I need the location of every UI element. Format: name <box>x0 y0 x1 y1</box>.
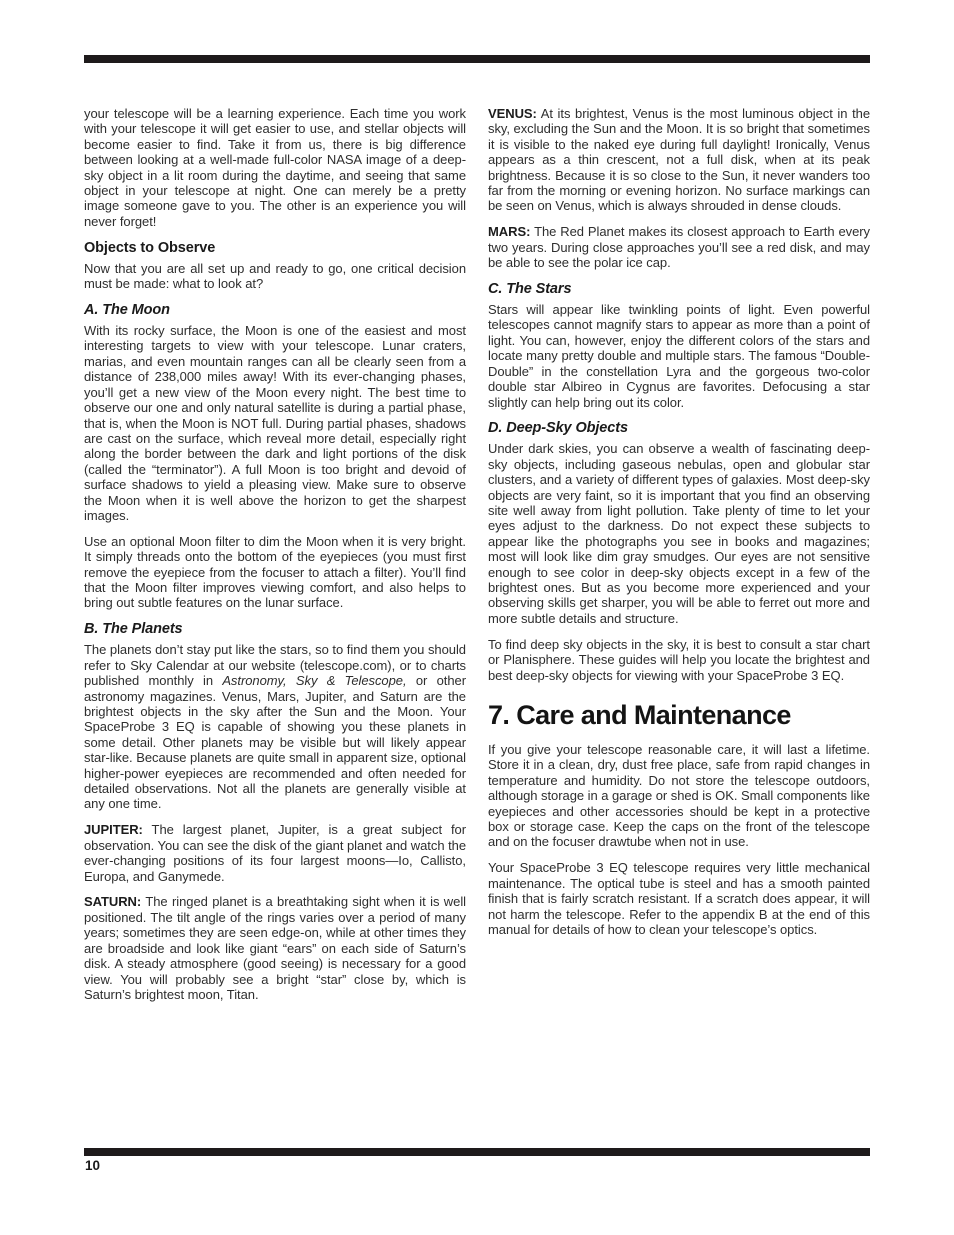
mars-lead: MARS: <box>488 224 530 239</box>
planets-heading: B. The Planets <box>84 621 466 637</box>
objects-intro-paragraph: Now that you are all set up and ready to… <box>84 261 466 292</box>
care-and-maintenance-heading: 7. Care and Maintenance <box>488 700 870 731</box>
deep-sky-paragraph-1: Under dark skies, you can observe a weal… <box>488 441 870 626</box>
venus-lead: VENUS: <box>488 106 537 121</box>
page-content: your telescope will be a learning experi… <box>84 106 870 1002</box>
care-paragraph-1: If you give your telescope reasonable ca… <box>488 742 870 850</box>
deep-sky-heading: D. Deep-Sky Objects <box>488 420 870 436</box>
stars-heading: C. The Stars <box>488 281 870 297</box>
deep-sky-paragraph-2: To find deep sky objects in the sky, it … <box>488 637 870 683</box>
mars-text: The Red Planet makes its closest approac… <box>488 224 870 270</box>
planets-magazine-titles: Astronomy, Sky & Telescope, <box>222 673 406 688</box>
venus-paragraph: VENUS: At its brightest, Venus is the mo… <box>488 106 870 214</box>
top-rule <box>84 55 870 63</box>
page-number: 10 <box>85 1158 100 1173</box>
bottom-rule <box>84 1148 870 1156</box>
left-column: your telescope will be a learning experi… <box>84 106 466 1002</box>
manual-page: your telescope will be a learning experi… <box>0 0 954 1235</box>
moon-paragraph-2: Use an optional Moon filter to dim the M… <box>84 534 466 611</box>
objects-to-observe-heading: Objects to Observe <box>84 240 466 256</box>
saturn-paragraph: SATURN: The ringed planet is a breathtak… <box>84 894 466 1002</box>
stars-paragraph: Stars will appear like twinkling points … <box>488 302 870 410</box>
mars-paragraph: MARS: The Red Planet makes its closest a… <box>488 224 870 270</box>
venus-text: At its brightest, Venus is the most lumi… <box>488 106 870 213</box>
jupiter-paragraph: JUPITER: The largest planet, Jupiter, is… <box>84 822 466 884</box>
saturn-lead: SATURN: <box>84 894 141 909</box>
right-column: VENUS: At its brightest, Venus is the mo… <box>488 106 870 1002</box>
moon-heading: A. The Moon <box>84 302 466 318</box>
saturn-text: The ringed planet is a breathtaking sigh… <box>84 894 466 1001</box>
care-paragraph-2: Your SpaceProbe 3 EQ telescope requires … <box>488 860 870 937</box>
moon-paragraph-1: With its rocky surface, the Moon is one … <box>84 323 466 523</box>
intro-paragraph: your telescope will be a learning experi… <box>84 106 466 229</box>
planets-text-b: or other astronomy magazines. Venus, Mar… <box>84 673 466 811</box>
planets-paragraph: The planets don’t stay put like the star… <box>84 642 466 811</box>
jupiter-lead: JUPITER: <box>84 822 143 837</box>
